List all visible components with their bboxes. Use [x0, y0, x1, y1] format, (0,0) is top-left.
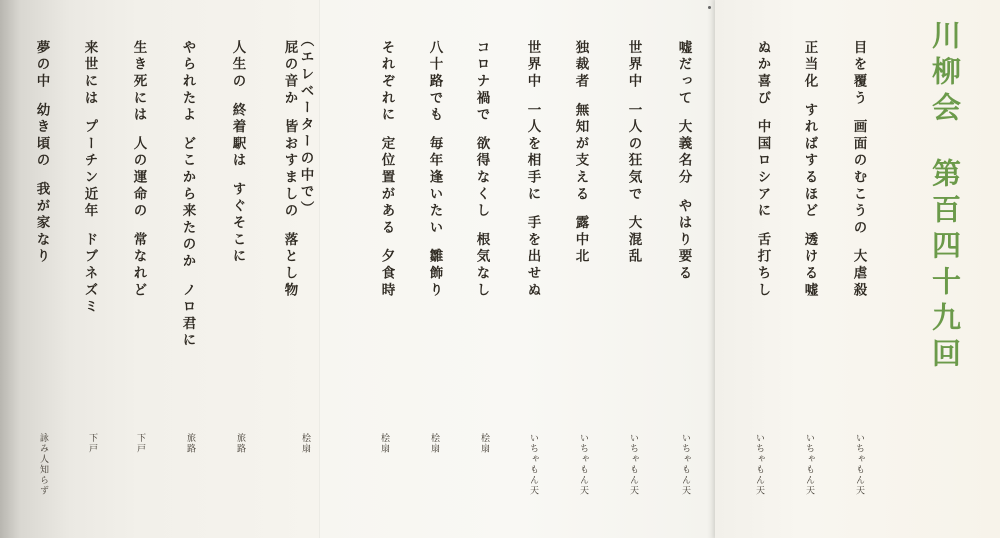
poem-17: 夢の中幼き頃の我が家なり [34, 40, 48, 266]
poem-12-author: 桧扇 [300, 433, 309, 454]
poem-4: 嘘だって大義名分やはり要る [676, 40, 690, 282]
poem-3: ぬか喜び中国ロシアに舌打ちし [755, 40, 769, 299]
poem-1: 目を覆う画面のむこうの大虐殺 [851, 40, 865, 299]
poem-8-author: 桧扇 [479, 433, 488, 454]
poem-6: 独裁者無知が支える露中北 [573, 40, 587, 266]
poem-9: 八十路でも毎年逢いたい雛飾り [427, 40, 441, 299]
poem-13-author: 旅路 [235, 433, 244, 454]
poem-14-author: 旅路 [185, 433, 194, 454]
page-title: 川柳会第百四十九回 [930, 20, 959, 374]
poem-12: 屁の音か皆おすましの落とし物 [282, 40, 296, 299]
poem-6-author: いちゃもん天 [578, 433, 587, 496]
paper-speck [708, 6, 711, 9]
poem-16-author: 下戸 [87, 433, 96, 454]
poem-11-preface: （エレベーターの中で） [298, 33, 312, 218]
poem-4-author: いちゃもん天 [680, 433, 689, 496]
poem-17-author: 詠み人知らず [38, 433, 47, 496]
poem-8: コロナ禍で欲得なくし根気なし [474, 40, 488, 299]
poem-7: 世界中一人を相手に手を出せぬ [525, 40, 539, 299]
poem-10: それぞれに定位置がある夕食時 [379, 40, 393, 299]
poem-5-author: いちゃもん天 [628, 433, 637, 496]
poem-2-author: いちゃもん天 [804, 433, 813, 496]
title-club-name: 川柳会 [928, 20, 962, 128]
poem-16: 来世にはプーチン近年ドブネズミ [82, 40, 96, 316]
poem-5: 世界中一人の狂気で大混乱 [626, 40, 640, 266]
poem-2: 正当化すればするほど透ける嘘 [802, 40, 816, 299]
poem-9-author: 桧扇 [429, 433, 438, 454]
poem-1-author: いちゃもん天 [854, 433, 863, 496]
poem-15-author: 下戸 [135, 433, 144, 454]
poem-13: 人生の終着駅はすぐそこに [230, 40, 244, 266]
poem-7-author: いちゃもん天 [528, 433, 537, 496]
poem-15: 生き死には人の運命の常なれど [131, 40, 145, 299]
poem-3-author: いちゃもん天 [754, 433, 763, 496]
poem-10-author: 桧扇 [379, 433, 388, 454]
poem-14: やられたよどこから来たのかノロ君に [180, 40, 194, 350]
title-session-number: 第百四十九回 [928, 158, 962, 374]
